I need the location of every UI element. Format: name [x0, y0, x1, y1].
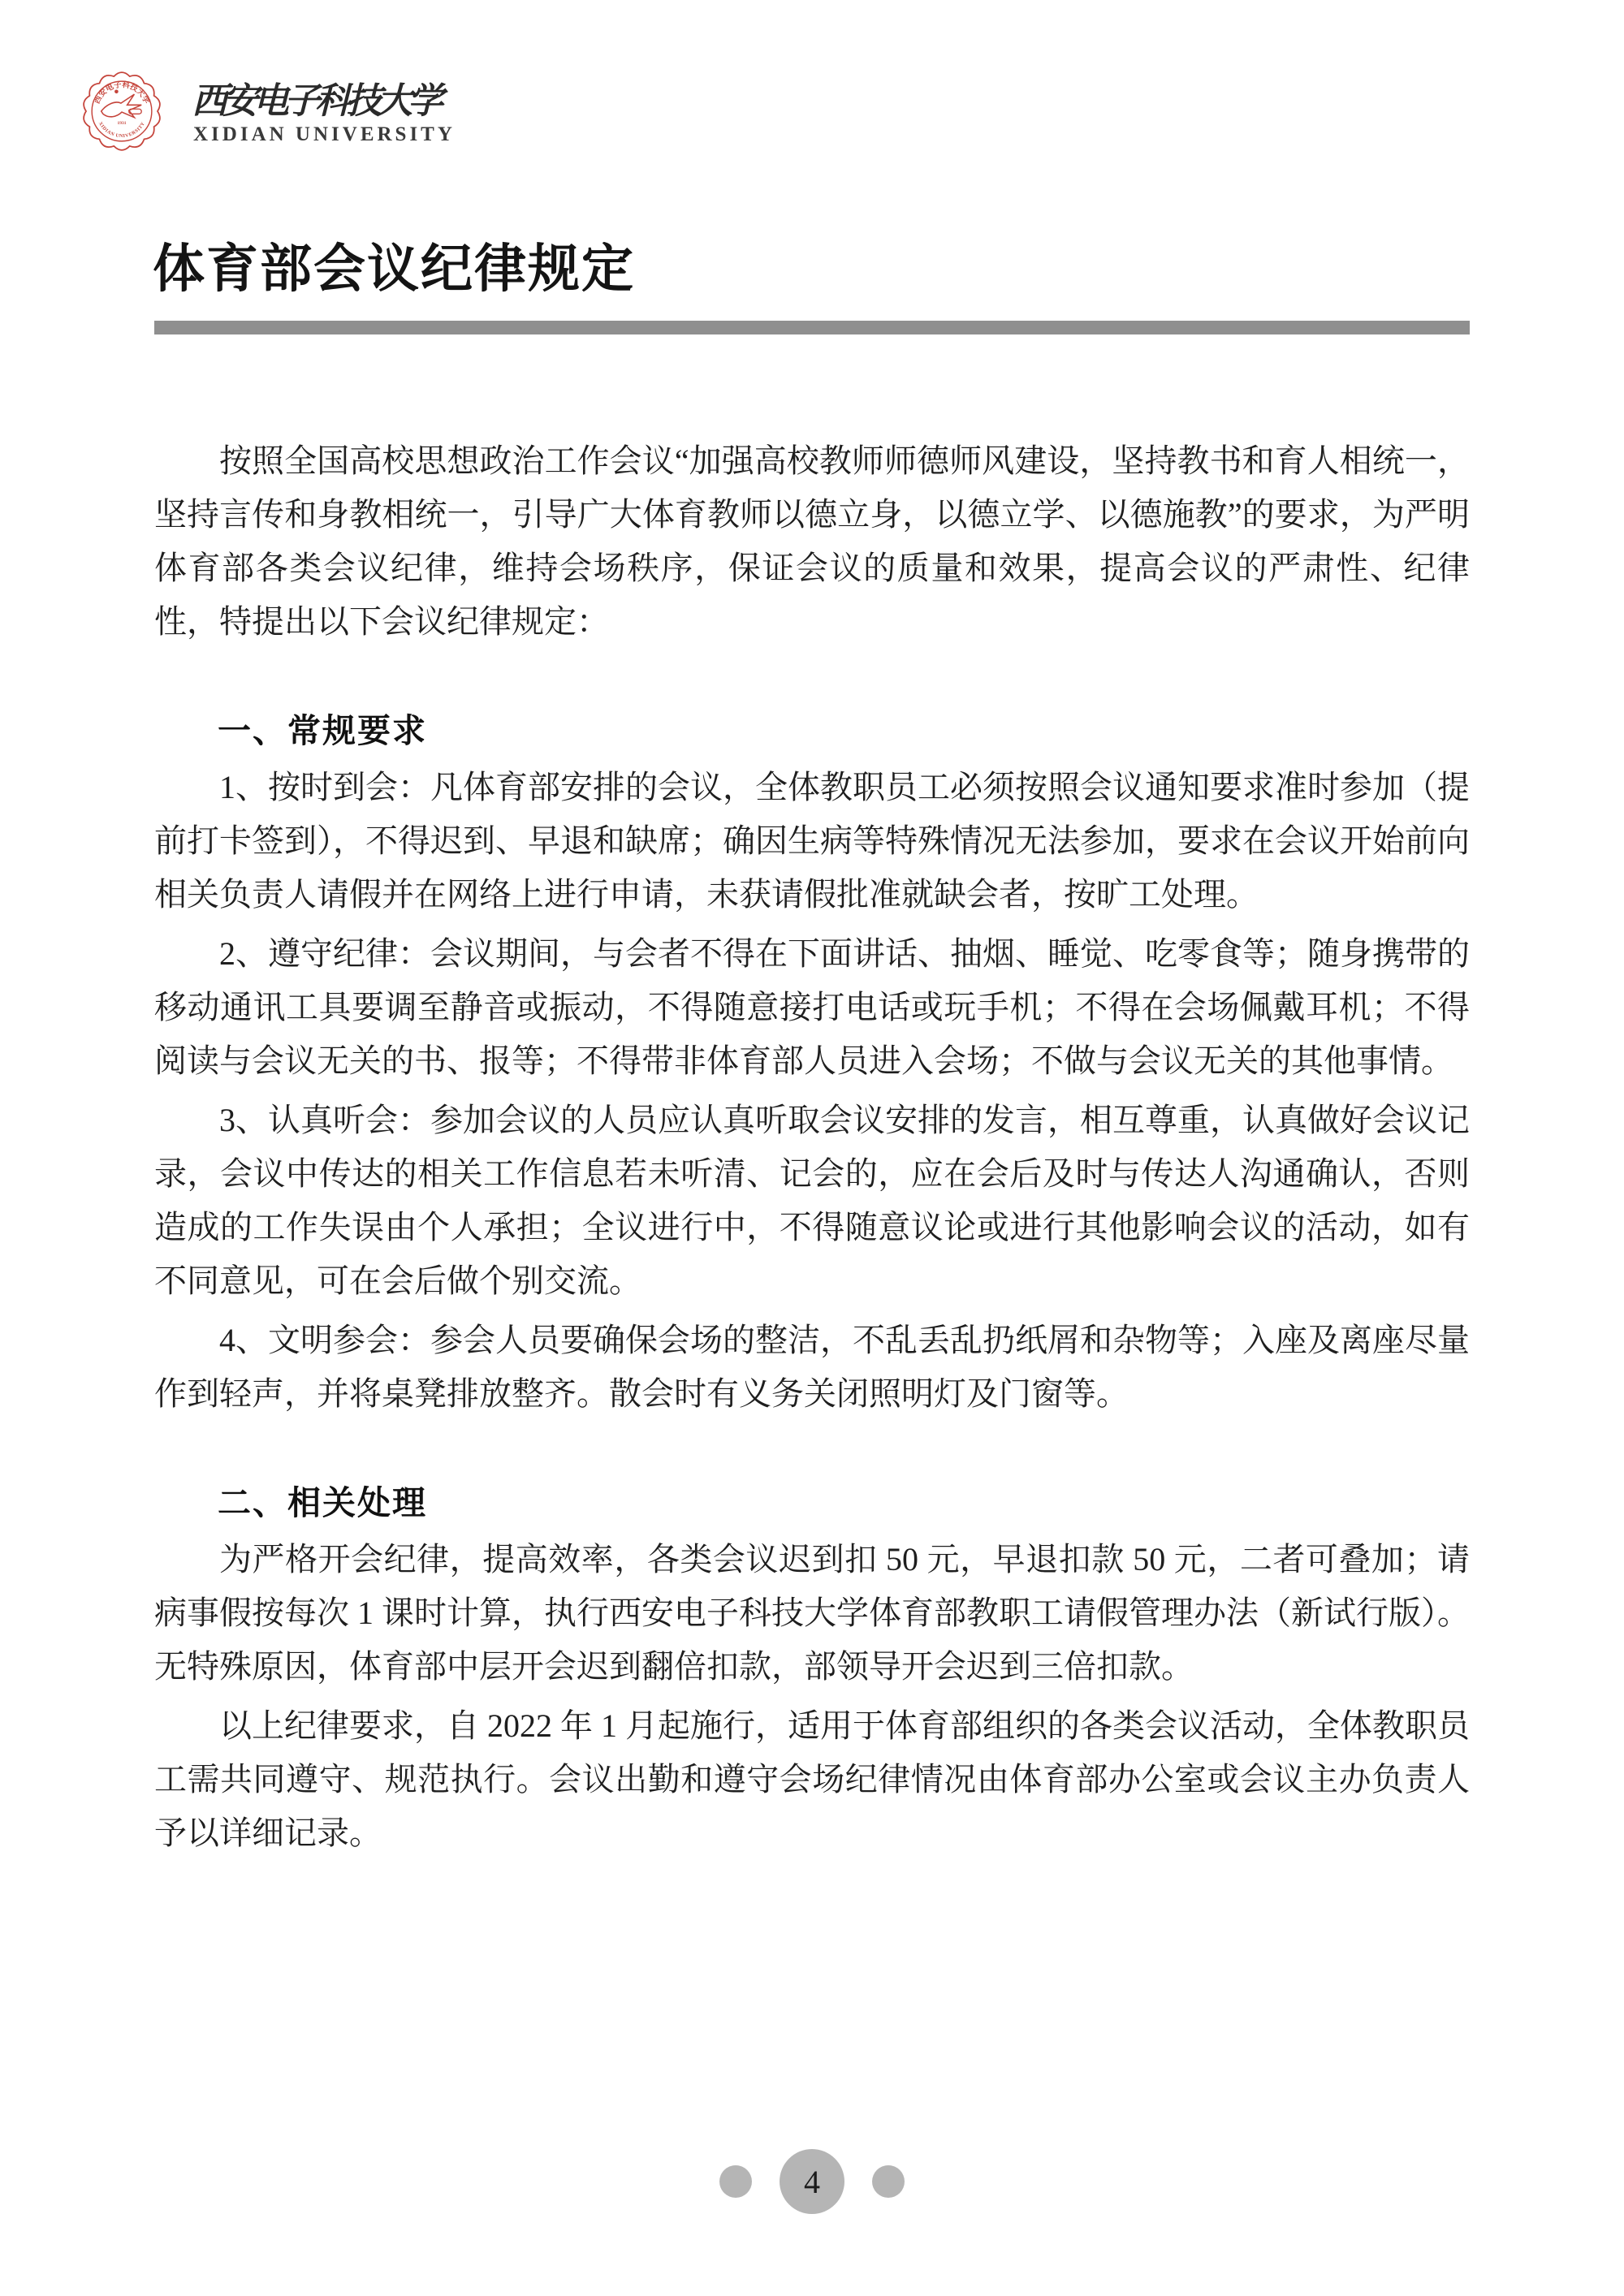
title-rule-bar	[154, 321, 1470, 334]
policy-paragraph-1: 为严格开会纪律，提高效率，各类会议迟到扣 50 元，早退扣款 50 元，二者可叠…	[154, 1533, 1470, 1694]
pager-dot-left	[719, 2165, 752, 2198]
page-number: 4	[804, 2163, 820, 2201]
wordmark-english: XIDIAN UNIVERSITY	[193, 123, 456, 146]
rule-item-1: 1、按时到会：凡体育部安排的会议，全体教职员工必须按照会议通知要求准时参加（提前…	[154, 761, 1470, 921]
pager-dot-right	[872, 2165, 905, 2198]
rule-item-2: 2、遵守纪律：会议期间，与会者不得在下面讲话、抽烟、睡觉、吃零食等；随身携带的移…	[154, 927, 1470, 1088]
document-body: 按照全国高校思想政治工作会议“加强高校教师师德师风建设，坚持教书和育人相统一，坚…	[154, 434, 1470, 1866]
document-page: { "brand": { "seal_top_text": "西安电子科技大学"…	[0, 0, 1624, 2296]
section-2-heading: 二、相关处理	[154, 1482, 1470, 1523]
seal-year: 1931	[118, 121, 127, 126]
page-title: 体育部会议纪律规定	[153, 227, 635, 302]
seal-star-dot	[114, 89, 119, 93]
wordmark-chinese: 西安电子科技大学	[192, 71, 424, 123]
page-number-badge: 4	[780, 2149, 844, 2214]
intro-paragraph: 按照全国高校思想政治工作会议“加强高校教师师德师风建设，坚持教书和育人相统一，坚…	[154, 434, 1470, 649]
university-logo: 西安电子科技大学 XIDIAN UNIVERSITY 1931 西安电子科技大学…	[75, 65, 424, 158]
rule-item-4: 4、文明参会：参会人员要确保会场的整洁，不乱丢乱扔纸屑和杂物等；入座及离座尽量作…	[154, 1314, 1470, 1421]
section-1-heading: 一、常规要求	[154, 710, 1470, 751]
university-seal-icon: 西安电子科技大学 XIDIAN UNIVERSITY 1931	[75, 67, 169, 156]
rule-item-3: 3、认真听会：参加会议的人员应认真听取会议安排的发言，相互尊重，认真做好会议记录…	[154, 1094, 1470, 1308]
seal-top-text: 西安电子科技大学	[92, 80, 152, 106]
policy-paragraph-2: 以上纪律要求，自 2022 年 1 月起施行，适用于体育部组织的各类会议活动，全…	[154, 1699, 1470, 1860]
